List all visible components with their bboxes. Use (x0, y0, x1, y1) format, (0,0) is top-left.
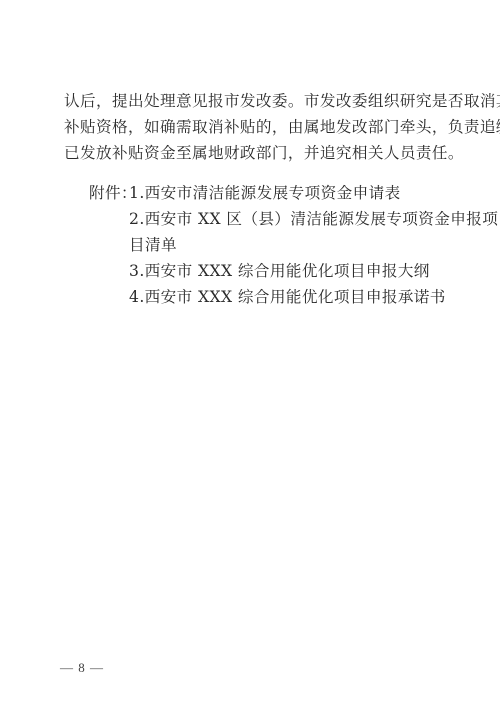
attachment-item-continuation: 目清单 (129, 232, 177, 258)
body-paragraph: 认后，提出处理意见报市发改委。市发改委组织研究是否取消其 补贴资格，如确需取消补… (64, 88, 436, 166)
attachment-row: 目清单 (89, 232, 449, 258)
attachments-list: 附件： 1.西安市清洁能源发展专项资金申请表 2.西安市 XX 区（县）清洁能源… (89, 180, 449, 310)
attachment-item: 4.西安市 XXX 综合用能优化项目申报承诺书 (129, 284, 446, 310)
attachment-row: 3.西安市 XXX 综合用能优化项目申报大纲 (89, 258, 449, 284)
attachment-item: 3.西安市 XXX 综合用能优化项目申报大纲 (129, 258, 430, 284)
attachment-item: 2.西安市 XX 区（县）清洁能源发展专项资金申报项 (129, 206, 498, 232)
attachments-label: 附件： (89, 180, 129, 206)
attachment-row: 附件： 1.西安市清洁能源发展专项资金申请表 (89, 180, 449, 206)
paragraph-line: 补贴资格，如确需取消补贴的，由属地发改部门牵头，负责追缴 (64, 114, 436, 140)
paragraph-line: 已发放补贴资金至属地财政部门，并追究相关人员责任。 (64, 140, 436, 166)
attachment-item: 1.西安市清洁能源发展专项资金申请表 (129, 180, 401, 206)
attachment-row: 4.西安市 XXX 综合用能优化项目申报承诺书 (89, 284, 449, 310)
document-page: 认后，提出处理意见报市发改委。市发改委组织研究是否取消其 补贴资格，如确需取消补… (0, 0, 500, 707)
page-number: — 8 — (60, 660, 104, 676)
paragraph-line: 认后，提出处理意见报市发改委。市发改委组织研究是否取消其 (64, 88, 436, 114)
attachment-row: 2.西安市 XX 区（县）清洁能源发展专项资金申报项 (89, 206, 449, 232)
